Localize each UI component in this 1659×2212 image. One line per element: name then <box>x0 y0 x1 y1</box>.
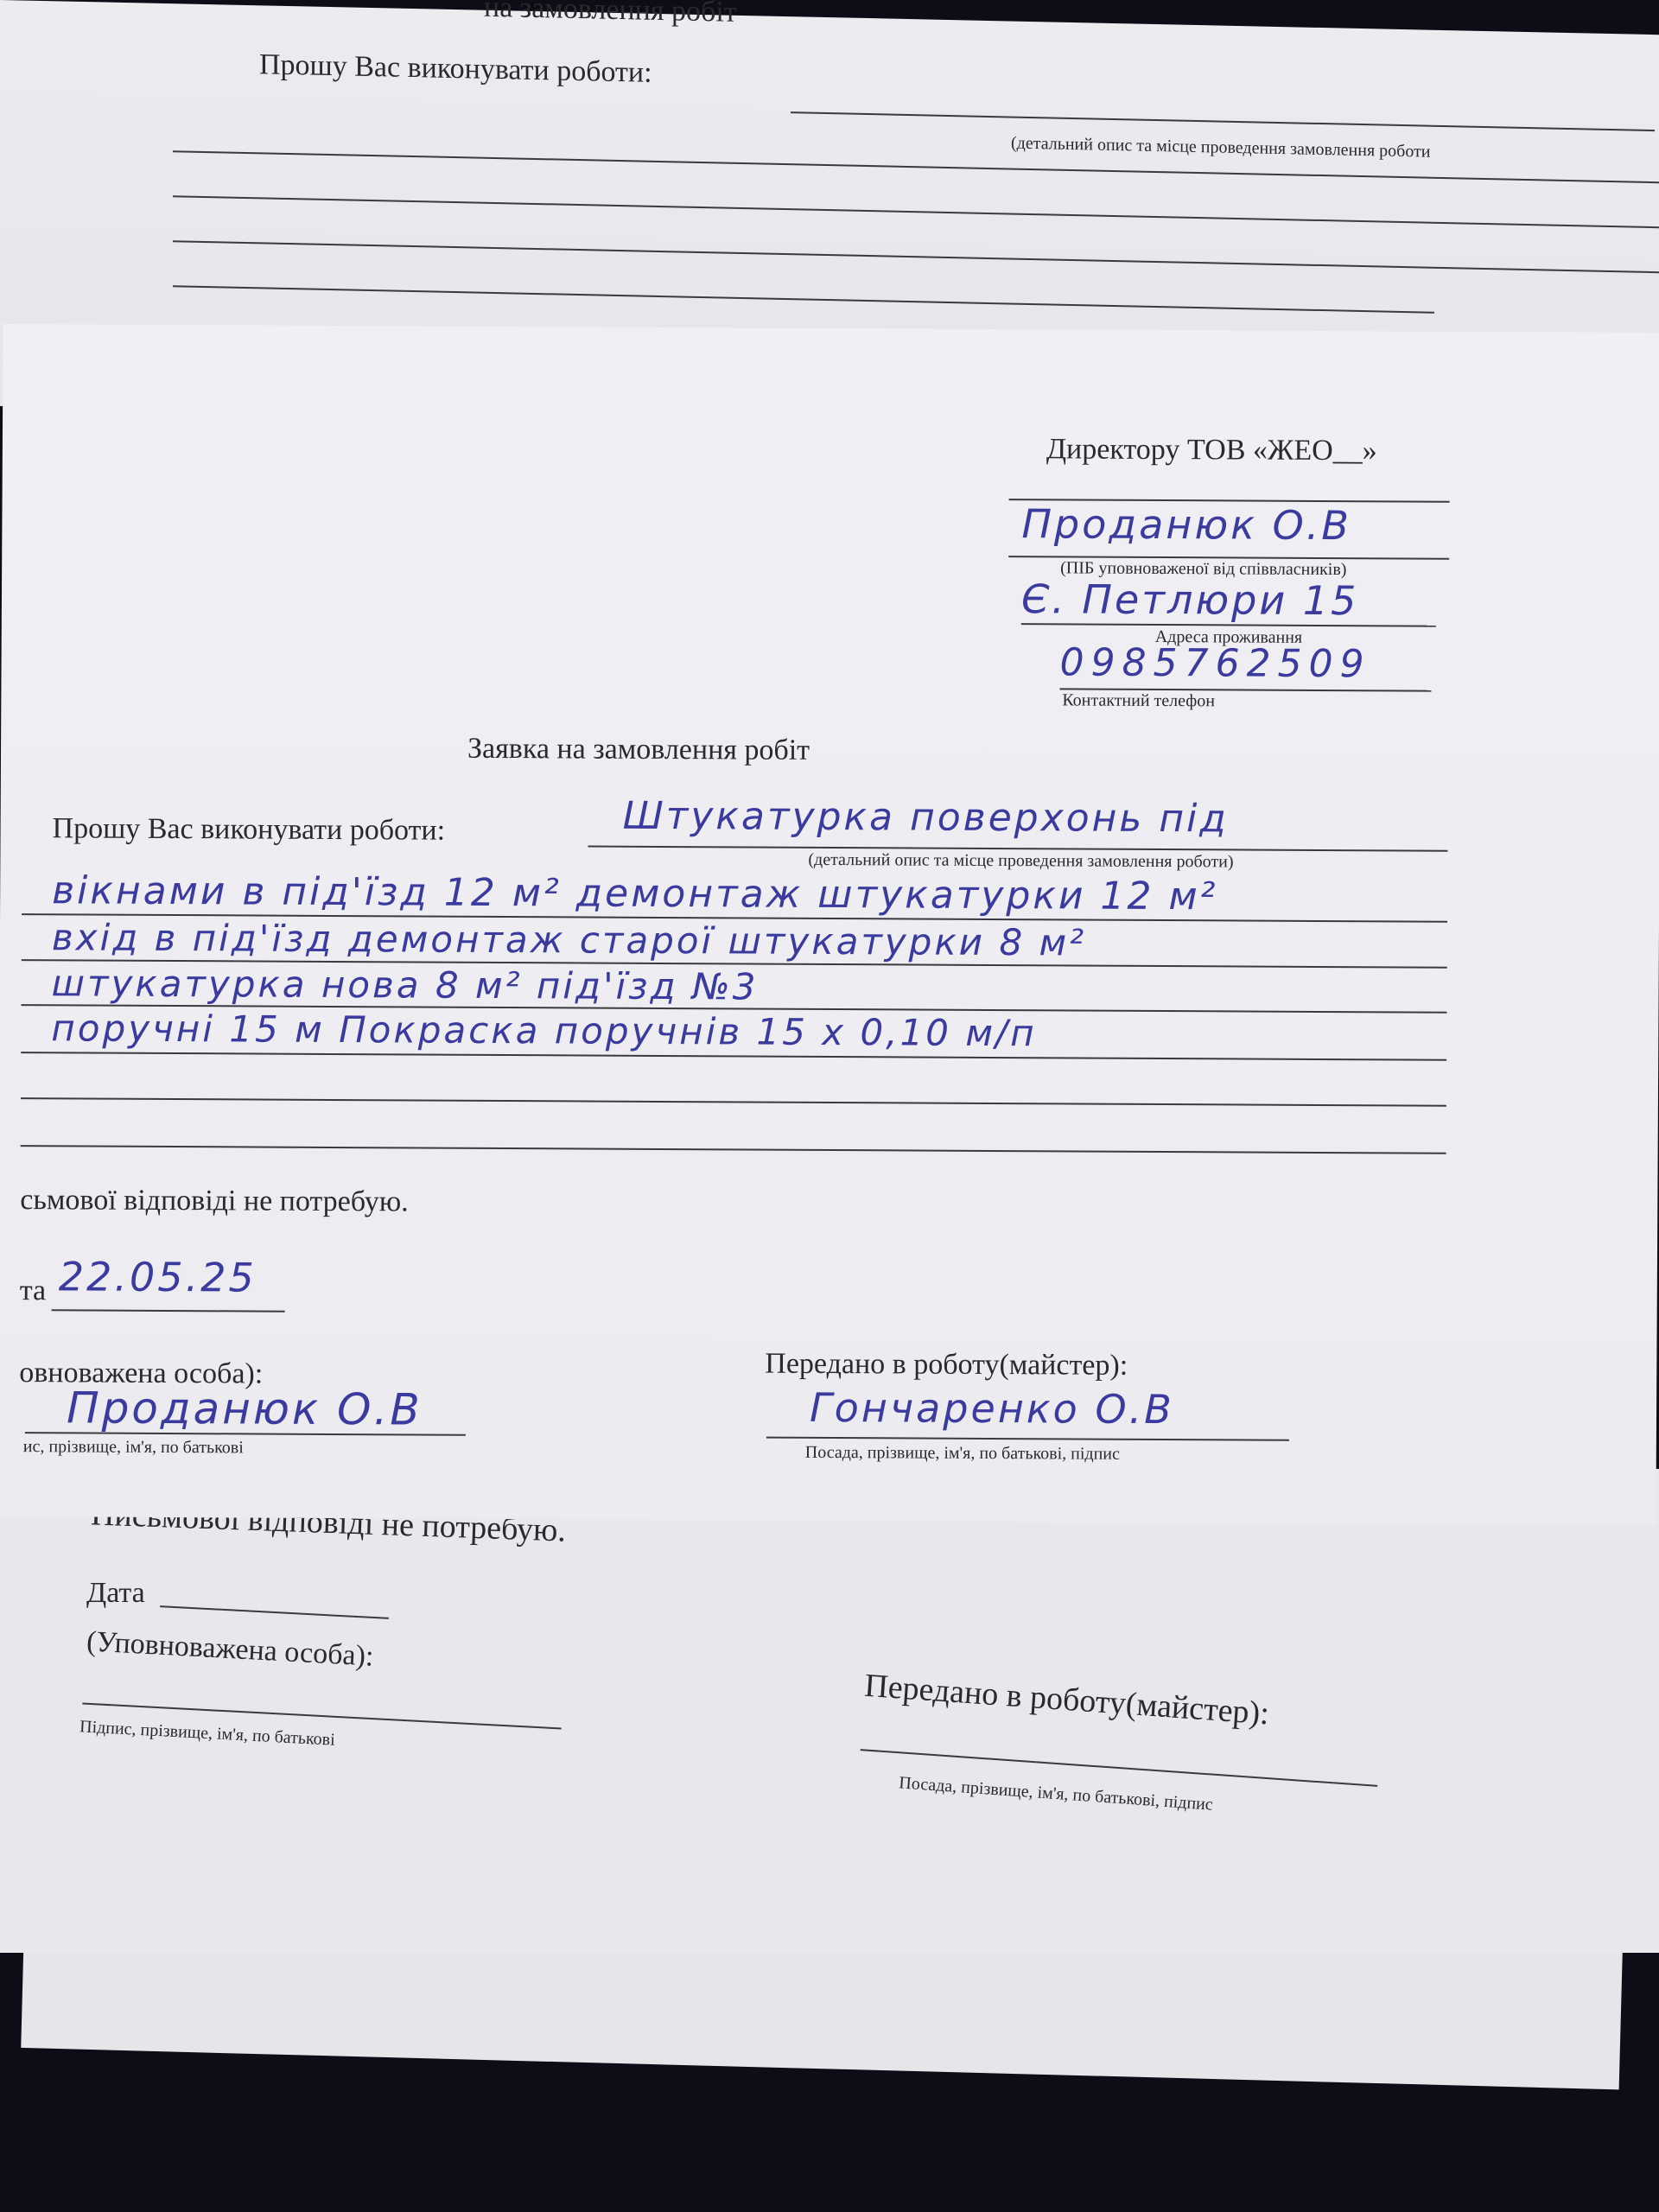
work-line-4: штукатурка нова 8 м² під'їзд №3 <box>52 962 759 1007</box>
applicant-name-handwritten: Проданюк О.В <box>1021 500 1351 549</box>
back-blank-line <box>173 285 1434 314</box>
bottom-signature-caption: Підпис, прізвище, ім'я, по батькові <box>79 1717 336 1750</box>
date-handwritten: 22.05.25 <box>59 1253 257 1300</box>
work-line-rule <box>21 1145 1446 1154</box>
phone-handwritten: 0985762509 <box>1059 640 1370 686</box>
bottom-master-caption: Посада, прізвище, ім'я, по батькові, під… <box>899 1773 1214 1815</box>
work-description-caption: (детальний опис та місце проведення замо… <box>808 850 1233 873</box>
main-form-sheet: Директору ТОВ «ЖЕО__» Проданюк О.В (ПІБ … <box>0 324 1659 1525</box>
date-label: та <box>20 1274 47 1307</box>
bottom-date-line <box>160 1605 389 1619</box>
bottom-authorized-label: (Уповноважена особа): <box>86 1625 374 1673</box>
address-line <box>1021 623 1436 627</box>
authorized-person-signature: Проданюк О.В <box>67 1382 423 1434</box>
handed-over-label: Передано в роботу(майстер): <box>765 1348 1128 1382</box>
back-blank-line <box>173 240 1659 273</box>
authorized-person-caption: ис, прізвище, ім'я, по батькові <box>23 1437 244 1458</box>
back-work-line <box>791 111 1655 131</box>
work-request-label: Прошу Вас виконувати роботи: <box>52 812 445 847</box>
work-line-5: поручні 15 м Покраска поручнів 15 х 0,10… <box>51 1007 1037 1054</box>
date-line <box>52 1309 285 1312</box>
master-signature: Гончаренко О.В <box>810 1384 1174 1433</box>
master-caption: Посада, прізвище, ім'я, по батькові, під… <box>805 1443 1120 1465</box>
work-line-2: вікнами в під'їзд 12 м² демонтаж штукату… <box>52 868 1217 918</box>
work-line-rule <box>21 1052 1446 1061</box>
back-blank-line <box>173 195 1659 228</box>
form-title: Заявка на замовлення робіт <box>467 733 810 767</box>
back-blank-line <box>173 150 1659 183</box>
phone-caption: Контактний телефон <box>1062 690 1215 711</box>
back-work-request-label: Прошу Вас виконувати роботи: <box>259 48 652 90</box>
master-signature-line <box>766 1437 1289 1441</box>
work-line-3: вхід в під'їзд демонтаж старої штукатурк… <box>52 916 1086 963</box>
work-line-1: Штукатурка поверхонь під <box>623 794 1229 842</box>
address-handwritten: Є. Петлюри 15 <box>1021 575 1359 624</box>
addressee: Директору ТОВ «ЖЕО__» <box>1046 433 1377 467</box>
bottom-form-sheet: Письмової відповіді не потребую. Дата (У… <box>0 1469 1659 1953</box>
bottom-handed-over-label: Передано в роботу(майстер): <box>863 1667 1270 1733</box>
back-work-caption: (детальний опис та місце проведення замо… <box>1011 134 1431 162</box>
bottom-date-label: Дата <box>86 1577 145 1610</box>
work-line-rule <box>21 1097 1446 1107</box>
back-form-title: на замовлення робіт <box>484 0 737 29</box>
no-written-reply-text: сьмової відповіді не потребую. <box>20 1184 409 1218</box>
